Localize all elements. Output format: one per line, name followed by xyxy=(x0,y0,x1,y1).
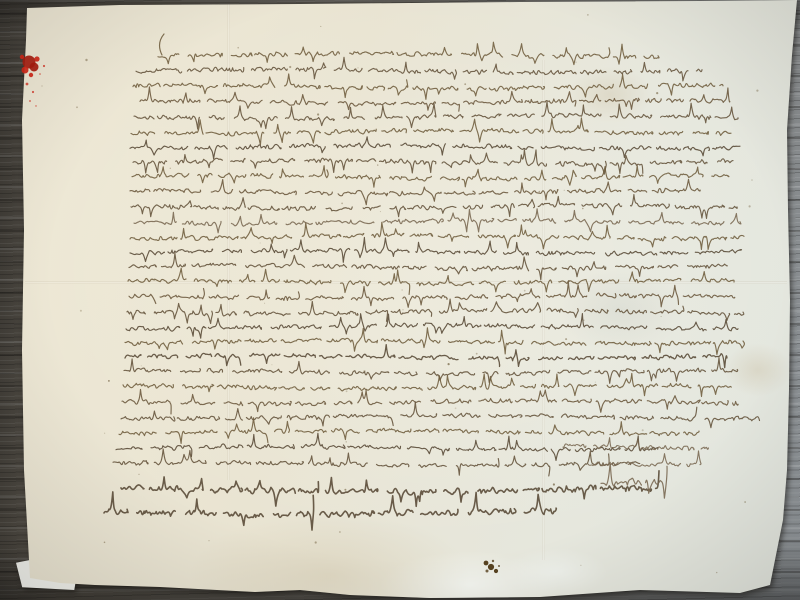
ink-blot-mark xyxy=(484,560,500,573)
red-wax-stain xyxy=(20,55,45,107)
manuscript-overlay xyxy=(0,0,800,600)
photo-scene xyxy=(0,0,800,600)
handwriting-ink xyxy=(104,34,760,530)
